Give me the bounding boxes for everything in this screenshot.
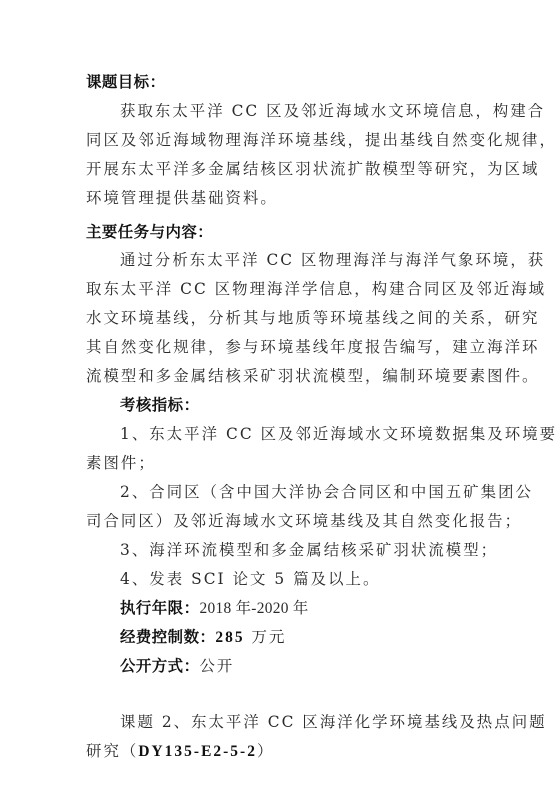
paragraph-line: 水文环境基线，分析其与地质等环境基线之间的关系，研究 [86, 308, 539, 328]
budget-value: 285 [215, 629, 244, 646]
paragraph-line: 开展东太平洋多金属结核区羽状流扩散模型等研究，为区域 [86, 159, 539, 179]
next-topic-code-line: 研究（DY135-E2-5-2） [86, 741, 274, 762]
public-value: 公开 [199, 657, 234, 675]
indicator-item: 司合同区）及邻近海域水文环境基线及其自然变化报告； [86, 511, 522, 531]
paragraph-line: 通过分析东太平洋 CC 区物理海洋与海洋气象环境，获 [120, 250, 545, 270]
paragraph-line: 获取东太平洋 CC 区及邻近海域水文环境信息，构建合 [120, 101, 545, 121]
indicator-item: 2、合同区（含中国大洋协会合同区和中国五矿集团公 [120, 482, 533, 502]
budget-label: 经费控制数： [120, 628, 215, 646]
disclosure: 公开方式：公开 [120, 656, 234, 676]
paragraph-line: 环境管理提供基础资料。 [86, 188, 278, 208]
execution-period: 执行年限：2018 年-2020 年 [120, 598, 309, 619]
project-code: DY135-E2-5-2 [138, 743, 257, 760]
indicator-item: 3、海洋环流模型和多金属结核采矿羽状流模型； [120, 540, 498, 560]
period-label: 执行年限： [120, 599, 199, 617]
paragraph-line: 其自然变化规律，参与环境基线年度报告编写，建立海洋环 [86, 337, 539, 357]
indicator-item: 素图件； [86, 453, 156, 473]
section-heading-indicators: 考核指标： [120, 395, 199, 415]
section-heading-tasks: 主要任务与内容： [86, 222, 213, 242]
indicator-item: 1、东太平洋 CC 区及邻近海域水文环境数据集及环境要 [120, 424, 555, 444]
section-heading-objective: 课题目标： [86, 72, 165, 92]
paragraph-line: 取东太平洋 CC 区物理海洋学信息，构建合同区及邻近海域 [86, 279, 546, 299]
next-topic-suffix: ） [257, 742, 274, 760]
paragraph-line: 流模型和多金属结核采矿羽状流模型，编制环境要素图件。 [86, 366, 539, 386]
budget: 经费控制数：285 万元 [120, 627, 286, 648]
public-label: 公开方式： [120, 657, 199, 675]
period-value: 2018 年-2020 年 [199, 600, 308, 617]
indicator-item: 4、发表 SCI 论文 5 篇及以上。 [120, 569, 380, 589]
next-topic-title: 课题 2、东太平洋 CC 区海洋化学环境基线及热点问题 [120, 712, 547, 732]
paragraph-line: 同区及邻近海域物理海洋环境基线，提出基线自然变化规律， [86, 130, 555, 150]
budget-unit: 万元 [245, 628, 287, 646]
next-topic-prefix: 研究（ [86, 742, 138, 760]
